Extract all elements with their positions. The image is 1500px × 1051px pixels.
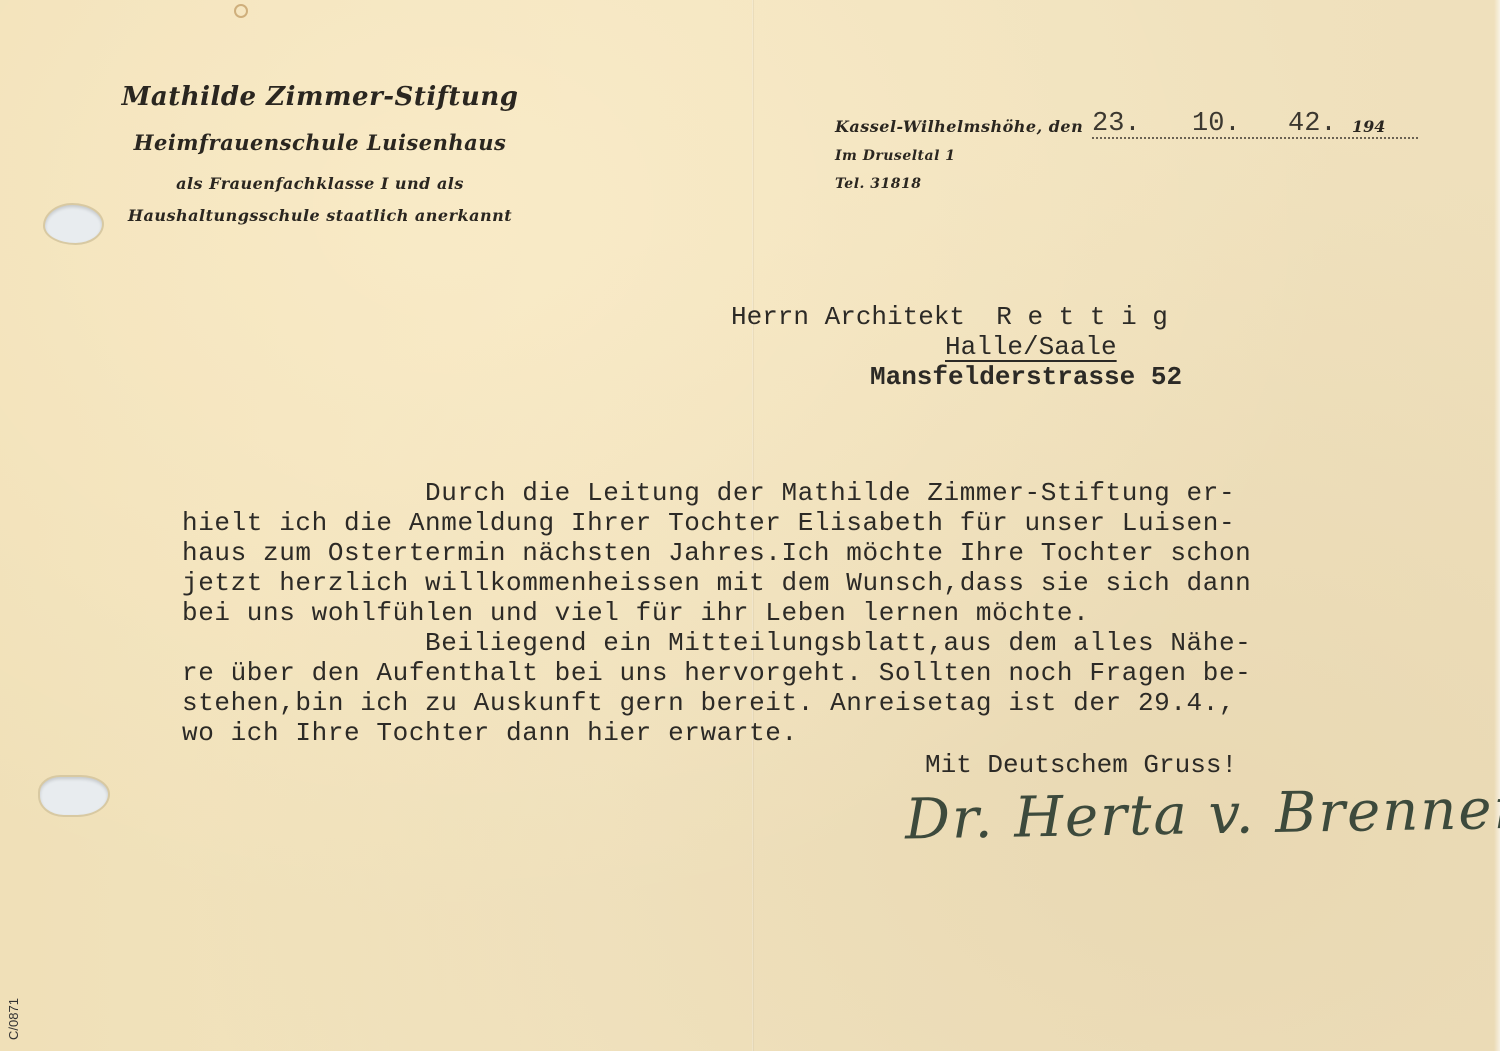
recipient-name: Herrn Architekt R e t t i g bbox=[731, 302, 1168, 332]
body-line: Durch die Leitung der Mathilde Zimmer-St… bbox=[182, 478, 1235, 508]
handwritten-signature: Dr. Herta v. Brenner. bbox=[904, 776, 1500, 852]
letterhead-foundation-name: Mathilde Zimmer-Stiftung bbox=[120, 82, 520, 112]
date-field: 23. 10. 42. 194 bbox=[1092, 113, 1418, 139]
recipient-street: Mansfelderstrasse 52 bbox=[870, 362, 1182, 392]
date-day: 23. bbox=[1092, 109, 1141, 139]
date-month: 10. bbox=[1192, 109, 1241, 139]
punch-hole-top bbox=[45, 205, 102, 243]
recipient-city: Halle/Saale bbox=[945, 332, 1117, 362]
closing-greeting: Mit Deutschem Gruss! bbox=[925, 750, 1237, 780]
letterhead-accreditation-1: als Frauenfachklasse I und als bbox=[120, 174, 520, 193]
stain-mark bbox=[234, 4, 248, 18]
body-line: bei uns wohlfühlen und viel für ihr Lebe… bbox=[182, 598, 1089, 628]
body-line: stehen,bin ich zu Auskunft gern bereit. … bbox=[182, 688, 1235, 718]
body-line: re über den Aufenthalt bei uns hervorgeh… bbox=[182, 658, 1251, 688]
letterhead-accreditation-2: Haushaltungsschule staatlich anerkannt bbox=[120, 206, 520, 225]
body-line: Beiliegend ein Mitteilungsblatt,aus dem … bbox=[182, 628, 1251, 658]
sender-street: Im Druseltal 1 bbox=[835, 148, 956, 164]
place-label: Kassel-Wilhelmshöhe, den bbox=[835, 117, 1083, 136]
archive-number: C/0871 bbox=[6, 998, 21, 1040]
body-line: jetzt herzlich willkommenheissen mit dem… bbox=[182, 568, 1251, 598]
body-line: wo ich Ihre Tochter dann hier erwarte. bbox=[182, 718, 798, 748]
letterhead-school-name: Heimfrauenschule Luisenhaus bbox=[120, 130, 520, 155]
paper-edge bbox=[1494, 0, 1500, 1051]
punch-hole-bottom bbox=[40, 777, 108, 815]
sender-phone: Tel. 31818 bbox=[835, 176, 922, 192]
body-line: hielt ich die Anmeldung Ihrer Tochter El… bbox=[182, 508, 1235, 538]
date-century-preprint: 194 bbox=[1352, 117, 1385, 136]
body-line: haus zum Ostertermin nächsten Jahres.Ich… bbox=[182, 538, 1251, 568]
date-year: 42. bbox=[1288, 109, 1337, 139]
